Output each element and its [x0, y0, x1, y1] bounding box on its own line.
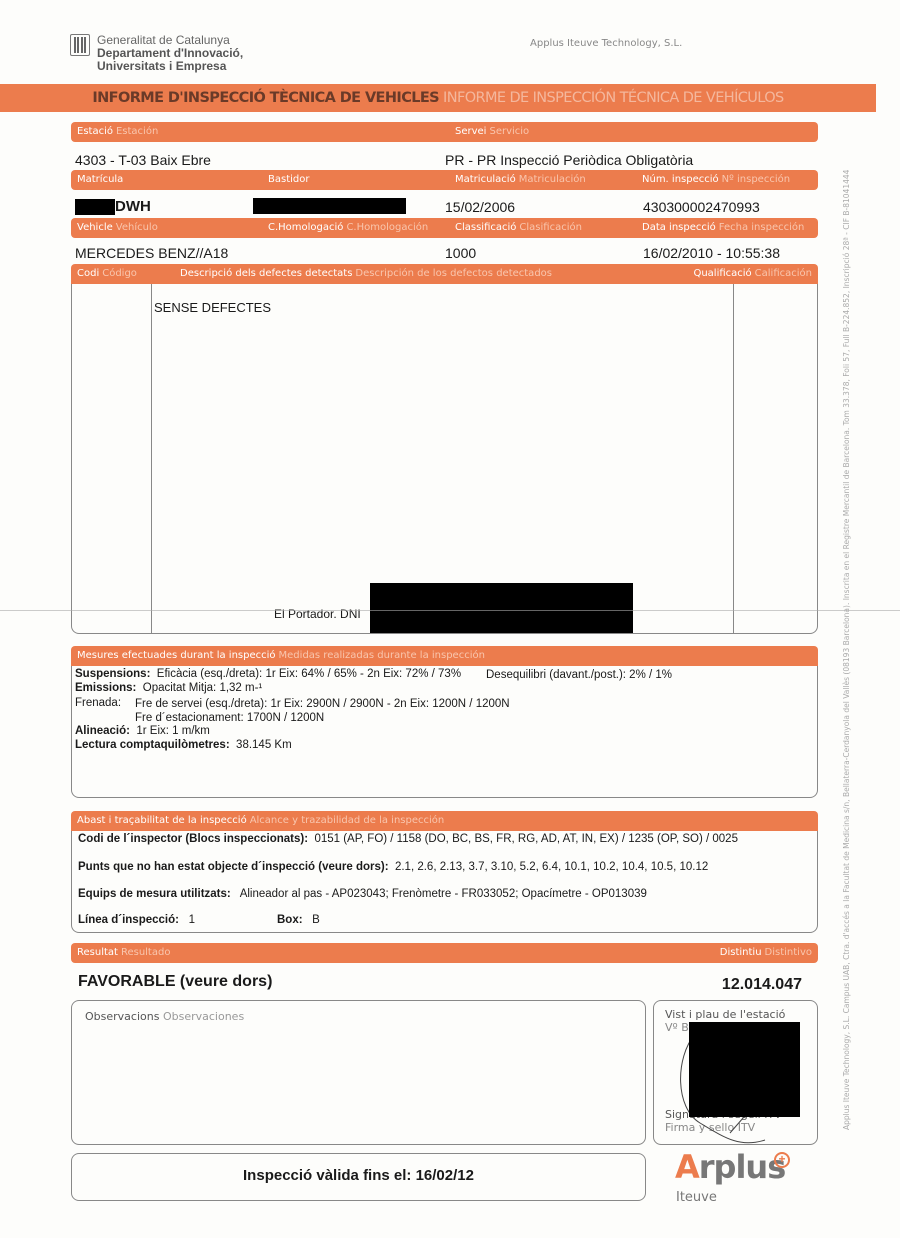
- defects-table: [71, 284, 818, 634]
- braking-service-value: Fre de servei (esq./dreta): 1r Eix: 2900…: [135, 698, 510, 710]
- org-department: Departament d'Innovació,: [97, 46, 243, 60]
- redacted-dni: [370, 583, 633, 633]
- registration-date-value: 15/02/2006: [445, 199, 515, 215]
- uninspected-points-line: Punts que no han estat objecte d´inspecc…: [78, 861, 708, 873]
- alignment-line: Alineació: 1r Eix: 1 m/km: [75, 725, 210, 737]
- defects-bar: CodiCódigo Descripció dels defectes dete…: [71, 264, 818, 284]
- redacted-stamp: [689, 1022, 800, 1117]
- redacted-chassis: [253, 198, 406, 214]
- measurements-bar: Mesures efectuades durant la inspeccióMe…: [71, 646, 818, 666]
- label-plate: Matrícula: [77, 174, 123, 185]
- vehicle-id-bar: Matrícula Bastidor MatriculacióMatricula…: [71, 170, 818, 190]
- plus-icon: +: [774, 1152, 790, 1168]
- scope-bar: Abast i traçabilitat de la inspeccióAlca…: [71, 811, 818, 831]
- imbalance-value: Desequilibri (davant./post.): 2% / 1%: [486, 669, 672, 681]
- title-catalan: INFORME D'INSPECCIÓ TÈCNICA DE VEHICLES: [92, 90, 439, 106]
- equipment-line: Equips de mesura utilitzats: Alineador a…: [78, 888, 647, 900]
- emissions-line: Emissions: Opacitat Mitja: 1,32 m-¹: [75, 682, 262, 694]
- result-bar: ResultatResultado DistintiuDistintivo: [71, 943, 818, 963]
- result-value: FAVORABLE (veure dors): [78, 973, 272, 991]
- divider: [733, 284, 734, 633]
- station-service-bar: EstacióEstación ServeiServicio: [71, 122, 818, 142]
- document-title: INFORME D'INSPECCIÓ TÈCNICA DE VEHICLES …: [0, 84, 876, 112]
- classification-value: 1000: [445, 245, 476, 261]
- braking-parking-value: Fre d´estacionament: 1700N / 1200N: [135, 712, 324, 724]
- vehicle-info-bar: VehicleVehículo C.HomologacióC.Homologac…: [71, 218, 818, 238]
- label-service: ServeiServicio: [455, 126, 529, 137]
- service-value: PR - PR Inspecció Periòdica Obligatòria: [445, 152, 693, 168]
- label-registration-date: MatriculacióMatriculación: [455, 174, 586, 185]
- inspector-line: Codi de l´inspector (Blocs inspeccionats…: [78, 833, 738, 845]
- braking-label: Frenada:: [75, 697, 121, 709]
- redacted-plate: [75, 199, 115, 215]
- suspensions-line: Suspensions: Eficàcia (esq./dreta): 1r E…: [75, 668, 461, 680]
- stamp-title: Vist i plau de l'estació: [665, 1008, 785, 1021]
- box-line: Box: B: [277, 914, 320, 926]
- brand-rest: rplus: [699, 1148, 785, 1186]
- brand-sub: Iteuve: [676, 1190, 717, 1205]
- label-code: CodiCódigo: [77, 268, 137, 279]
- station-value: 4303 - T-03 Baix Ebre: [75, 152, 211, 168]
- label-defects-description: Descripció dels defectes detectatsDescri…: [180, 268, 552, 279]
- observations-label: Observacions Observaciones: [85, 1010, 244, 1023]
- inspection-date-value: 16/02/2010 - 10:55:38: [643, 245, 780, 261]
- label-inspection-date: Data inspeccióFecha inspección: [642, 222, 804, 233]
- company-name: Applus Iteuve Technology, S.L.: [530, 38, 682, 49]
- label-station: EstacióEstación: [77, 126, 158, 137]
- defects-description-value: SENSE DEFECTES: [154, 300, 271, 315]
- badge-value: 12.014.047: [722, 976, 802, 994]
- label-inspection-number: Núm. inspeccióNº inspección: [642, 174, 790, 185]
- label-measurements: Mesures efectuades durant la inspeccióMe…: [77, 650, 485, 661]
- applus-logo: Arplus: [675, 1148, 785, 1186]
- title-spanish: INFORME DE INSPECCIÓN TÉCNICA DE VEHÍCUL…: [443, 90, 784, 106]
- label-badge: DistintiuDistintivo: [720, 947, 812, 958]
- org-department-2: Universitats i Empresa: [97, 59, 226, 73]
- label-chassis: Bastidor: [268, 174, 309, 185]
- label-classification: ClassificacióClasificación: [455, 222, 582, 233]
- vehicle-value: MERCEDES BENZ//A18: [75, 245, 228, 261]
- plate-value: DWH: [115, 198, 151, 215]
- label-scope: Abast i traçabilitat de la inspeccióAlca…: [77, 815, 444, 826]
- divider: [151, 284, 152, 633]
- fold-line: [0, 610, 900, 611]
- validity-text: Inspecció vàlida fins el: 16/02/12: [71, 1167, 646, 1184]
- side-legal-text: Applus Iteuve Technology, S.L. Campus UA…: [842, 110, 851, 1130]
- catalan-flag-emblem-icon: [70, 34, 90, 56]
- org-name: Generalitat de Catalunya: [97, 33, 230, 47]
- odometer-line: Lectura comptaquilòmetres: 38.145 Km: [75, 739, 292, 751]
- inspection-line: Línea d´inspecció: 1: [78, 914, 195, 926]
- inspection-number-value: 430300002470993: [643, 199, 760, 215]
- label-vehicle: VehicleVehículo: [77, 222, 158, 233]
- label-homologation: C.HomologacióC.Homologación: [268, 222, 428, 233]
- label-result: ResultatResultado: [77, 947, 170, 958]
- label-qualification: QualificacióCalificación: [693, 268, 812, 279]
